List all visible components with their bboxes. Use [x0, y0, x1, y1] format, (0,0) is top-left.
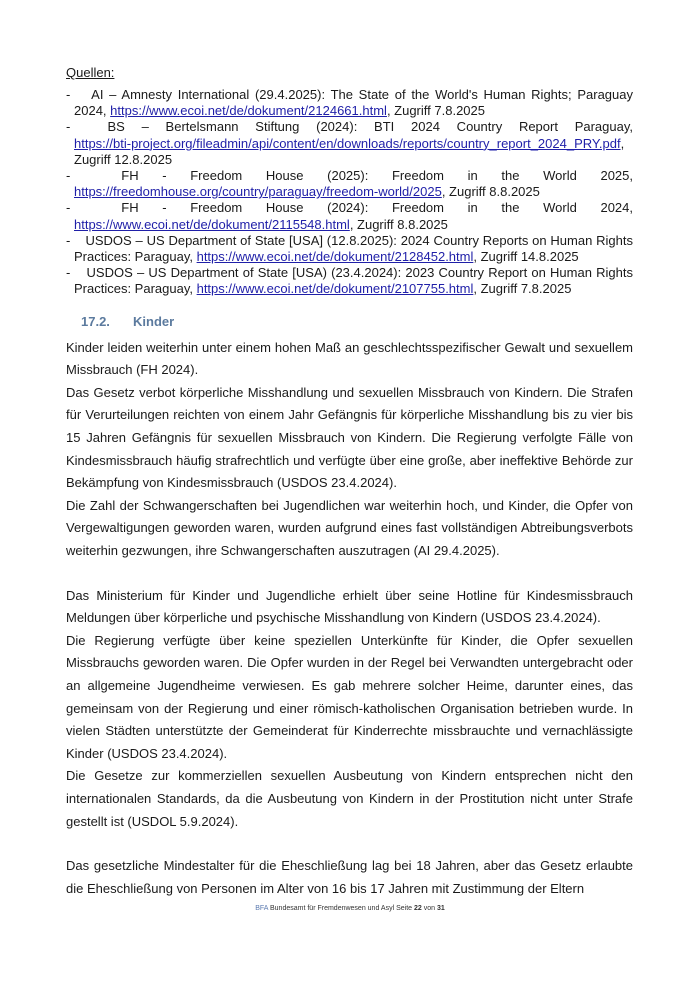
footer-page-number: 22	[414, 905, 422, 912]
footer-org: Bundesamt für Fremdenwesen und Asyl	[270, 905, 394, 912]
source-link[interactable]: https://www.ecoi.net/de/dokument/2128452…	[197, 249, 474, 264]
paragraph: Die Zahl der Schwangerschaften bei Jugen…	[66, 495, 633, 563]
document-page: Quellen: - AI – Amnesty International (2…	[66, 64, 633, 900]
source-link[interactable]: https://www.ecoi.net/de/dokument/2124661…	[110, 103, 387, 118]
footer-of-label: von	[424, 905, 435, 912]
bfa-logo: BFA	[255, 905, 268, 912]
footer-page-label: Seite	[396, 905, 412, 912]
sources-list: - AI – Amnesty International (29.4.2025)…	[66, 87, 633, 298]
source-item-usdos-2024: - USDOS – US Department of State [USA) (…	[66, 265, 633, 297]
paragraph: Die Regierung verfügte über keine spezie…	[66, 630, 633, 766]
spacer	[66, 833, 633, 855]
source-item-ai: - AI – Amnesty International (29.4.2025)…	[66, 87, 633, 119]
source-item-fh-2024: - FH - Freedom House (2024): Freedom in …	[66, 200, 633, 232]
sources-title: Quellen:	[66, 64, 633, 82]
footer-page-total: 31	[437, 905, 445, 912]
source-link[interactable]: https://freedomhouse.org/country/paragua…	[74, 184, 442, 199]
paragraph: Das Gesetz verbot körperliche Misshandlu…	[66, 382, 633, 495]
section-title: Kinder	[133, 314, 174, 329]
source-link[interactable]: https://www.ecoi.net/de/dokument/2115548…	[74, 217, 350, 232]
paragraph: Das Ministerium für Kinder und Jugendlic…	[66, 585, 633, 630]
source-link[interactable]: https://www.ecoi.net/de/dokument/2107755…	[197, 281, 474, 296]
paragraph: Die Gesetze zur kommerziellen sexuellen …	[66, 765, 633, 833]
paragraph: Kinder leiden weiterhin unter einem hohe…	[66, 337, 633, 382]
source-item-usdos-2025: - USDOS – US Department of State [USA] (…	[66, 233, 633, 265]
source-link[interactable]: https://bti-project.org/fileadmin/api/co…	[74, 136, 621, 151]
source-item-fh-2025: - FH - Freedom House (2025): Freedom in …	[66, 168, 633, 200]
source-item-bs: - BS – Bertelsmann Stiftung (2024): BTI …	[66, 119, 633, 168]
section-number: 17.2.	[81, 313, 133, 331]
section-body: Kinder leiden weiterhin unter einem hohe…	[66, 337, 633, 901]
spacer	[66, 563, 633, 585]
paragraph: Das gesetzliche Mindestalter für die Ehe…	[66, 855, 633, 900]
section-heading: 17.2.Kinder	[81, 313, 633, 331]
page-footer: BFA Bundesamt für Fremdenwesen und Asyl …	[0, 905, 700, 912]
